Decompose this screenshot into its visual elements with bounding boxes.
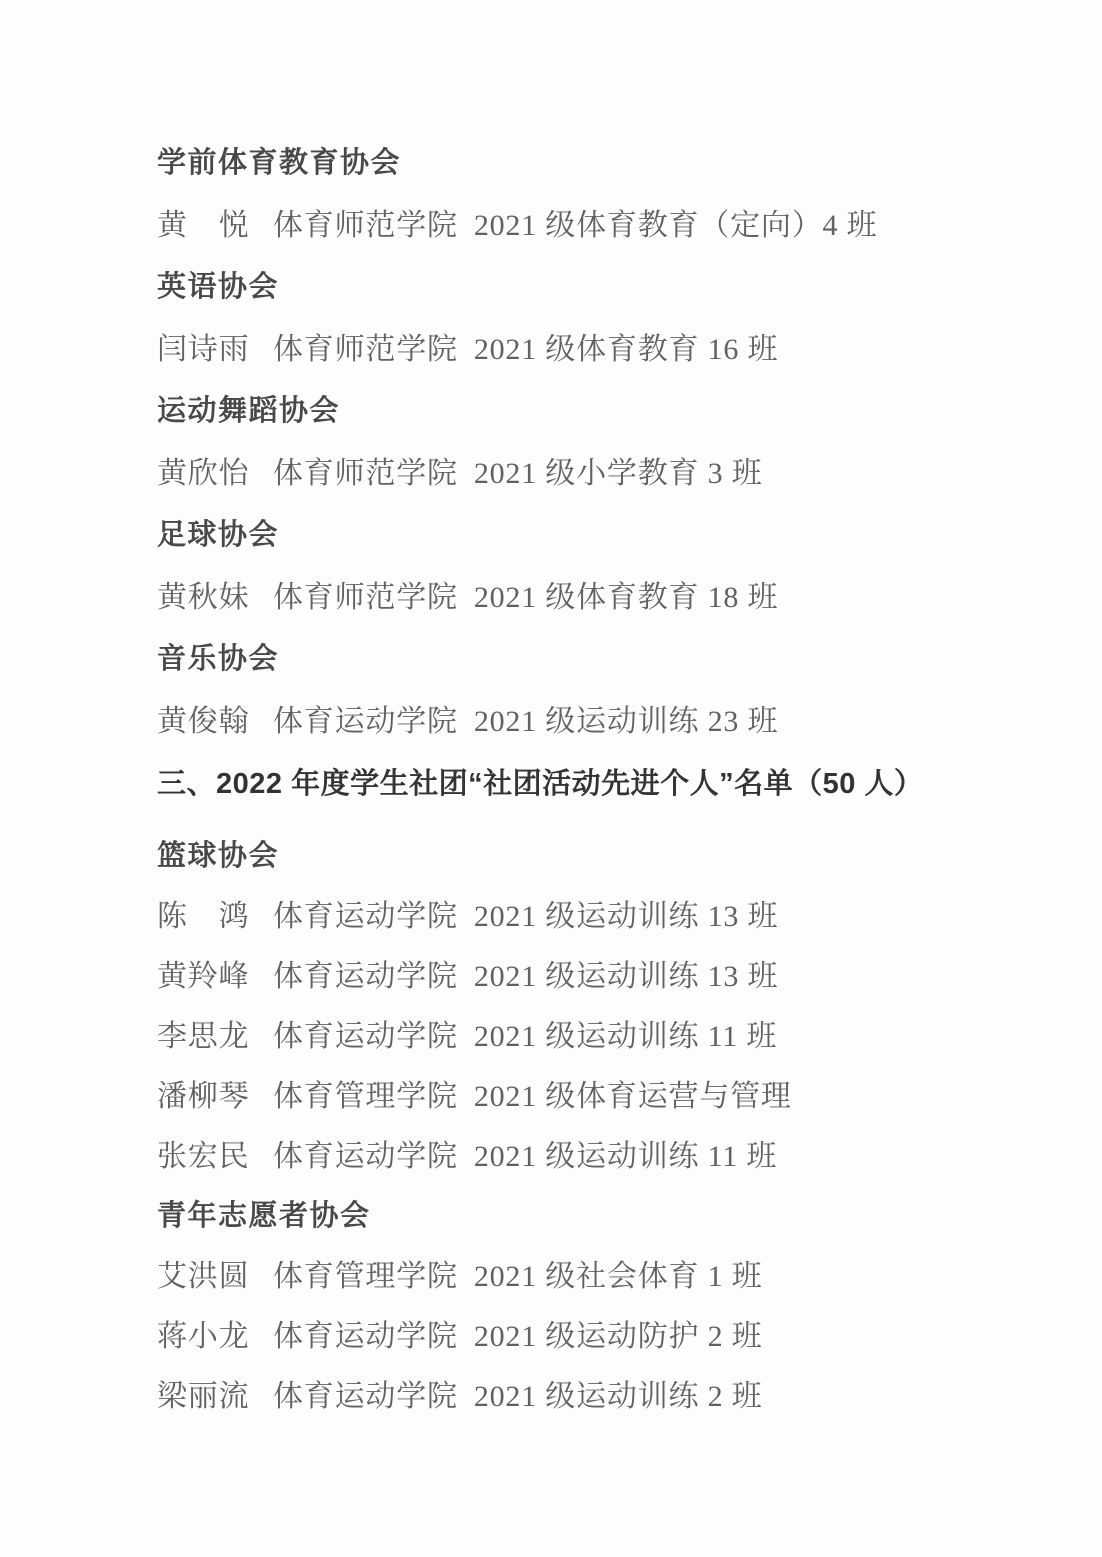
club-heading: 学前体育教育协会 [157,147,1042,209]
member-class-info: 2021 级运动训练 11 班 [474,1020,777,1053]
member-row: 黄秋妹体育师范学院2021 级体育教育 18 班 [157,581,1042,643]
member-class-info: 2021 级运动训练 23 班 [474,705,779,738]
member-name: 李思龙 [157,1020,273,1055]
member-college: 体育运动学院 [273,1140,458,1173]
member-college: 体育运动学院 [273,1380,458,1413]
member-name: 艾洪圆 [157,1260,273,1295]
member-class-info: 2021 级体育教育（定向）4 班 [474,209,878,242]
member-college: 体育师范学院 [273,209,458,242]
member-row: 艾洪圆体育管理学院2021 级社会体育 1 班 [157,1260,1042,1320]
member-college: 体育运动学院 [273,705,458,738]
member-name: 黄俊翰 [157,705,273,740]
member-college: 体育管理学院 [273,1260,458,1293]
member-name: 黄 悦 [157,209,273,244]
member-row: 潘柳琴体育管理学院2021 级体育运营与管理 [157,1080,1042,1140]
member-row: 黄欣怡体育师范学院2021 级小学教育 3 班 [157,457,1042,519]
member-class-info: 2021 级运动训练 13 班 [474,960,779,993]
member-name: 潘柳琴 [157,1080,273,1115]
member-name: 张宏民 [157,1140,273,1175]
member-name: 黄秋妹 [157,581,273,616]
member-college: 体育运动学院 [273,900,458,933]
club-heading: 音乐协会 [157,643,1042,705]
member-college: 体育运动学院 [273,1320,458,1353]
member-college: 体育运动学院 [273,1020,458,1053]
member-college: 体育运动学院 [273,960,458,993]
member-row: 蒋小龙体育运动学院2021 级运动防护 2 班 [157,1320,1042,1380]
member-class-info: 2021 级运动训练 2 班 [474,1380,763,1413]
member-class-info: 2021 级体育教育 18 班 [474,581,779,614]
member-name: 闫诗雨 [157,333,273,368]
member-row: 梁丽流体育运动学院2021 级运动训练 2 班 [157,1380,1042,1440]
member-college: 体育师范学院 [273,457,458,490]
member-row: 黄俊翰体育运动学院2021 级运动训练 23 班 [157,705,1042,767]
club-heading: 足球协会 [157,519,1042,581]
member-row: 陈 鸿体育运动学院2021 级运动训练 13 班 [157,900,1042,960]
member-name: 陈 鸿 [157,900,273,935]
member-class-info: 2021 级社会体育 1 班 [474,1260,763,1293]
member-class-info: 2021 级运动防护 2 班 [474,1320,763,1353]
member-name: 黄欣怡 [157,457,273,492]
member-college: 体育师范学院 [273,581,458,614]
club-heading: 青年志愿者协会 [157,1200,1042,1260]
club-heading: 运动舞蹈协会 [157,395,1042,457]
member-row: 闫诗雨体育师范学院2021 级体育教育 16 班 [157,333,1042,395]
awards-section-advanced-individuals: 篮球协会 陈 鸿体育运动学院2021 级运动训练 13 班 黄羚峰体育运动学院2… [157,840,1042,1440]
club-heading: 篮球协会 [157,840,1042,900]
member-class-info: 2021 级小学教育 3 班 [474,457,763,490]
member-college: 体育师范学院 [273,333,458,366]
member-class-info: 2021 级体育运营与管理 [474,1080,792,1113]
club-heading: 英语协会 [157,271,1042,333]
awards-section-continued: 学前体育教育协会 黄 悦体育师范学院2021 级体育教育（定向）4 班 英语协会… [157,147,1042,767]
member-college: 体育管理学院 [273,1080,458,1113]
section-heading: 三、2022 年度学生社团“社团活动先进个人”名单（50 人） [157,767,1042,840]
member-row: 黄 悦体育师范学院2021 级体育教育（定向）4 班 [157,209,1042,271]
member-row: 黄羚峰体育运动学院2021 级运动训练 13 班 [157,960,1042,1020]
member-row: 李思龙体育运动学院2021 级运动训练 11 班 [157,1020,1042,1080]
member-name: 蒋小龙 [157,1320,273,1355]
member-class-info: 2021 级体育教育 16 班 [474,333,779,366]
member-name: 梁丽流 [157,1380,273,1415]
member-row: 张宏民体育运动学院2021 级运动训练 11 班 [157,1140,1042,1200]
document-page: 学前体育教育协会 黄 悦体育师范学院2021 级体育教育（定向）4 班 英语协会… [0,0,1102,1557]
member-name: 黄羚峰 [157,960,273,995]
member-class-info: 2021 级运动训练 13 班 [474,900,779,933]
member-class-info: 2021 级运动训练 11 班 [474,1140,777,1173]
